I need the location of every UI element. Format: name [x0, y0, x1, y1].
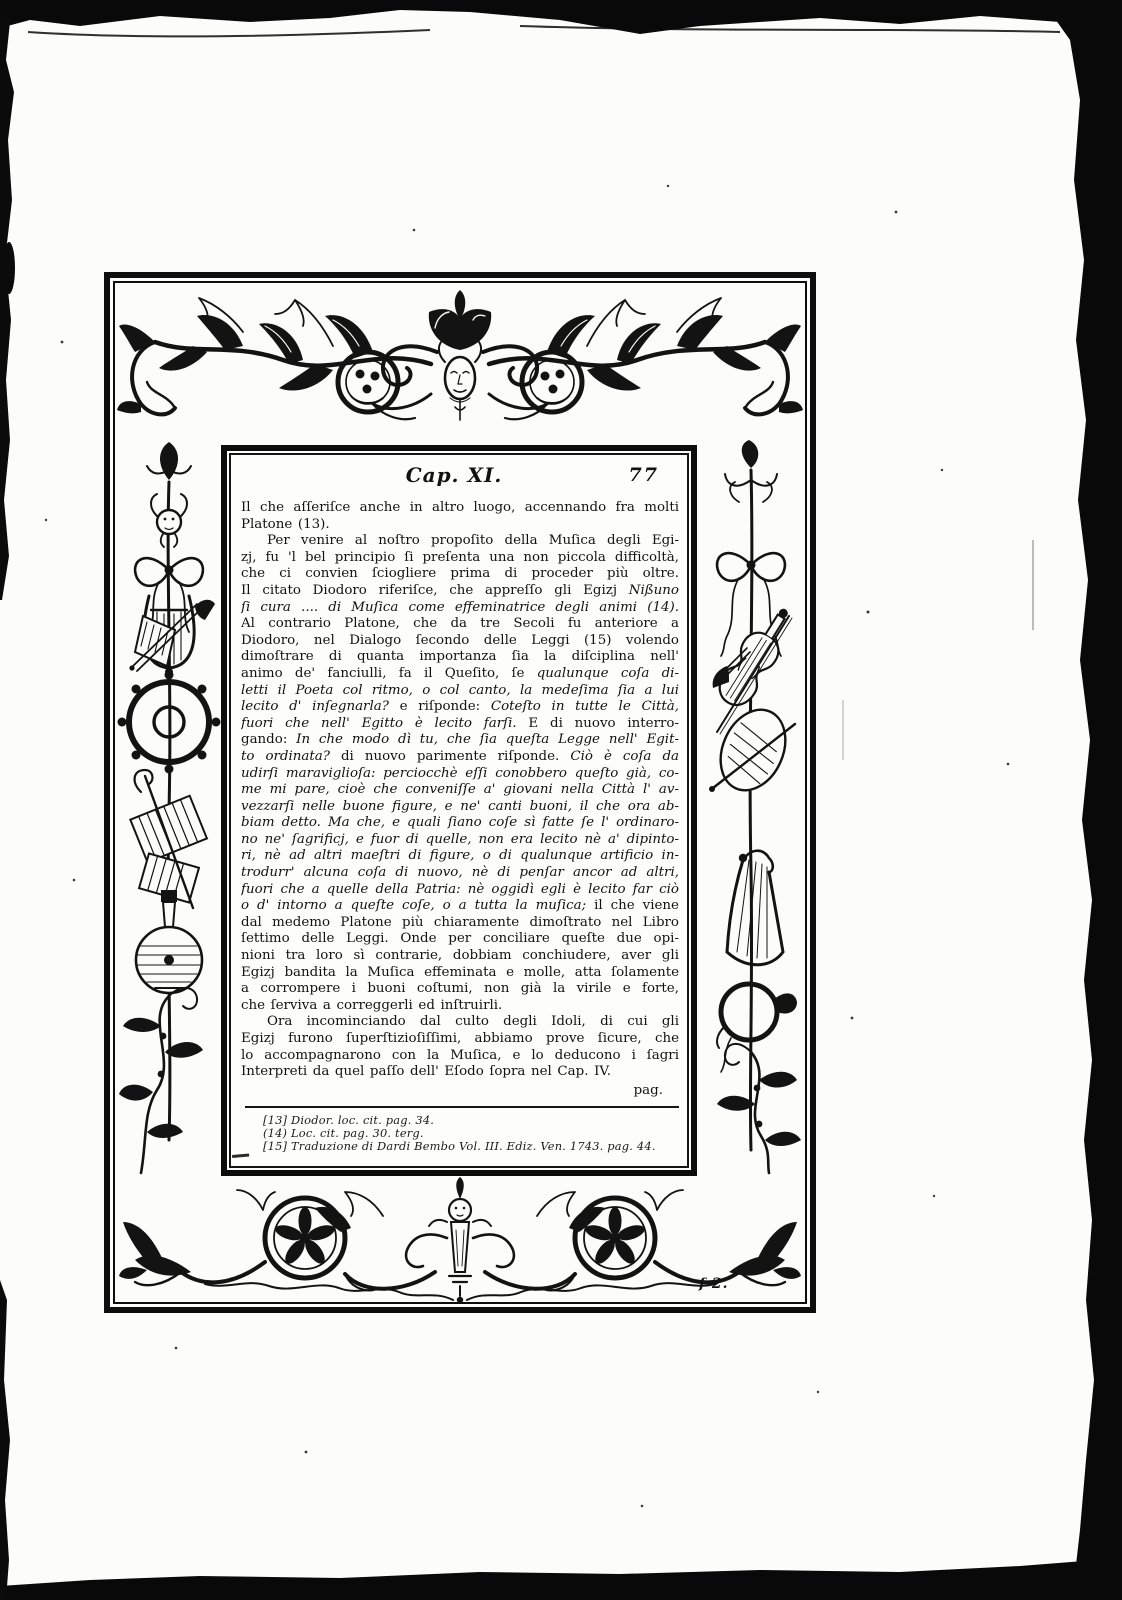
text-line: to ordinata? di nuovo parimente riſponde… — [241, 749, 679, 766]
text-line: trodurr' alcuna coſa di nuovo, nè di pen… — [241, 865, 679, 882]
text-line: Per venire al noſtro propoſito della Muſ… — [241, 533, 679, 550]
text-border-box: Cap. XI. 77 Il che aſſeriſce anche in al… — [221, 445, 697, 1176]
text-line: a corrompere i buoni coſtumi, non già la… — [241, 981, 679, 998]
text-line: Al contrario Platone, che da tre Secoli … — [241, 616, 679, 633]
text-line: biam detto. Ma che, e quali ſiano coſe s… — [241, 815, 679, 832]
running-head: Cap. XI. 77 — [239, 463, 669, 497]
body-text: Il che aſſeriſce anche in altro luogo, a… — [241, 500, 679, 1081]
text-line: Egizj bandita la Muſica effeminata e mol… — [241, 965, 679, 982]
text-line: Il citato Diodoro riferiſce, che appreſſ… — [241, 583, 679, 600]
footnotes: [13] Diodor. loc. cit. pag. 34.(14) Loc.… — [263, 1114, 687, 1154]
text-line: lo accompagnarono con la Muſica, e lo de… — [241, 1048, 679, 1065]
text-line: Ora incominciando dal culto degli Idoli,… — [241, 1014, 679, 1031]
right-instrument-trophy-border-icon — [699, 440, 803, 1175]
text-line: animo de' fanciulli, fa il Queſito, ſe q… — [241, 666, 679, 683]
text-line: Egizj furono ſuperſtizioſiſſimi, abbiamo… — [241, 1031, 679, 1048]
left-instrument-trophy-border-icon — [117, 440, 221, 1175]
text-line: che ci convien ſciogliere prima di proce… — [241, 566, 679, 583]
text-line: dal medemo Platone più chiaramente dimoſ… — [241, 915, 679, 932]
text-border-inner-rule: Cap. XI. 77 Il che aſſeriſce anche in al… — [229, 453, 689, 1168]
text-line: udirſi maraviglioſa: perciocchè eſſi con… — [241, 766, 679, 783]
footnote-rule — [245, 1106, 679, 1108]
text-line: zj, fu 'l bel principio ſi preſenta una … — [241, 550, 679, 567]
text-line: vezzarſi nelle buone figure, e ne' canti… — [241, 799, 679, 816]
text-line: gando: In che modo dì tu, che ſia queſta… — [241, 732, 679, 749]
text-line: ſettimo delle Leggi. Onde per conciliare… — [241, 931, 679, 948]
text-line: no ne' ſagrificj, e fuor di quelle, non … — [241, 832, 679, 849]
text-line: nioni tra loro sì contrarie, dobbiam con… — [241, 948, 679, 965]
text-line: me mi pare, cioè che conveniſſe a' giova… — [241, 782, 679, 799]
page-number: 77 — [629, 464, 659, 486]
catchword: pag. — [241, 1082, 679, 1099]
text-line: Platone (13). — [241, 517, 679, 534]
scanned-book-page: Cap. XI. 77 Il che aſſeriſce anche in al… — [0, 0, 1122, 1600]
text-line: letti il Poeta col ritmo, o col canto, l… — [241, 683, 679, 700]
text-line: Interpreti da quel paſſo dell' Eſodo ſop… — [241, 1064, 679, 1081]
text-line: fuori che nell' Egitto è lecito farſi. E… — [241, 716, 679, 733]
text-line: dimoſtrare di quanta importanza ſia la d… — [241, 649, 679, 666]
footnote: [13] Diodor. loc. cit. pag. 34. — [263, 1114, 687, 1127]
text-line: fuori che a quelle della Patria: nè oggi… — [241, 882, 679, 899]
text-line: ſi cura .... di Muſica come effeminatric… — [241, 600, 679, 617]
text-line: Il che aſſeriſce anche in altro luogo, a… — [241, 500, 679, 517]
text-line: o d' intorno a queſte coſe, o a tutta la… — [241, 898, 679, 915]
text-line: Diodoro, nel Dialogo ſecondo delle Leggi… — [241, 633, 679, 650]
gathering-signature: f 2. — [699, 1276, 729, 1292]
footnote: [15] Traduzione di Dardi Bembo Vol. III.… — [263, 1140, 687, 1153]
headpiece-acanthus-mask-ornament-icon — [117, 286, 803, 438]
text-line: che ſerviva a correggerli ed inſtruirli. — [241, 998, 679, 1015]
text-line: lecito d' inſegnarla? e riſponde: Coteſt… — [241, 699, 679, 716]
chapter-heading: Cap. XI. — [406, 463, 503, 487]
text-line: ri, nè ad altri maeſtri di figure, o di … — [241, 848, 679, 865]
